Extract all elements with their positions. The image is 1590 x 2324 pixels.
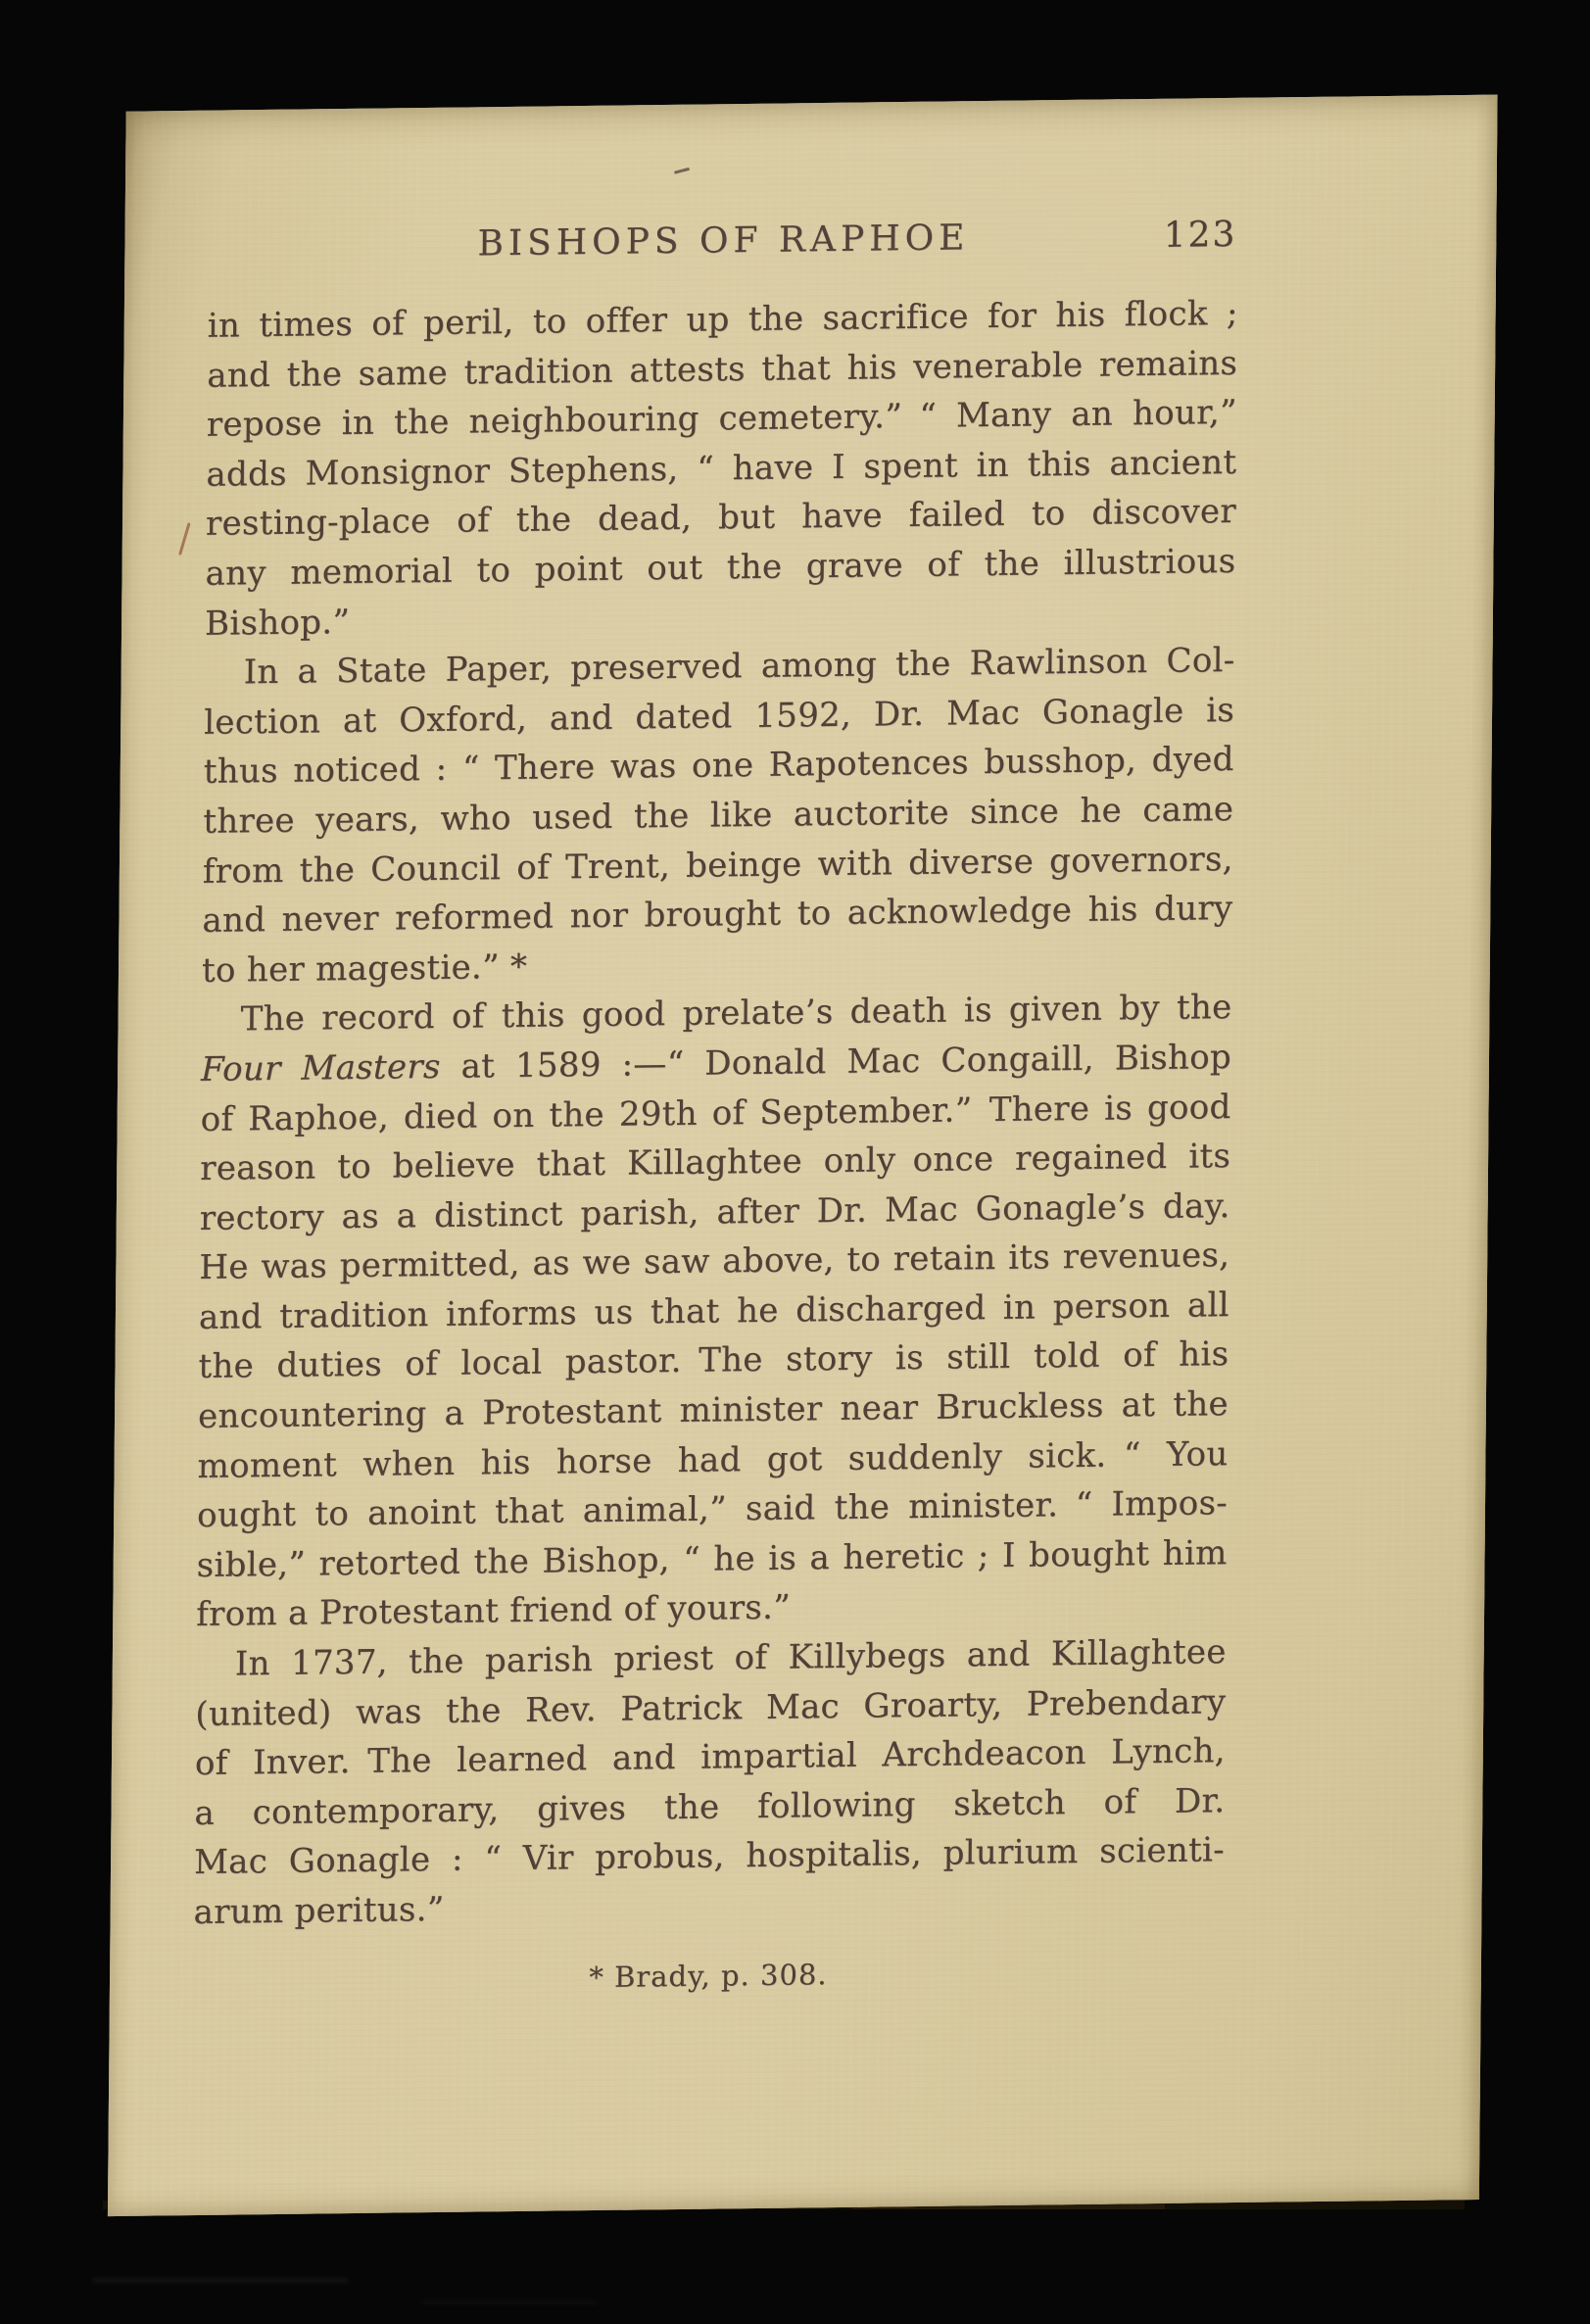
text-block: BISHOPS OF RAPHOE 123 in times of peril,… [193, 214, 1239, 1999]
paragraph: in times of peril, to offer up the sacri… [205, 289, 1238, 649]
text-segment: sible,” retorted the Bishop, “ he is a h… [197, 1533, 1228, 1585]
text-segment: Mac Gonagle : “ Vir probus, hospitalis, … [194, 1831, 1225, 1883]
scan-smudge [421, 2300, 598, 2304]
text-segment: (united) was the Rev. Patrick Mac Groart… [195, 1682, 1226, 1734]
text-segment: and the same tradition attests that his … [207, 343, 1237, 395]
scan-smudge [93, 2278, 348, 2283]
text-segment: three years, who used the like auctorite… [203, 790, 1233, 842]
text-segment: in times of peril, to offer up the sacri… [208, 294, 1238, 346]
text-segment: to her magestie.” * [202, 946, 528, 990]
scan-artifact-scratch [178, 522, 191, 556]
text-segment: from the Council of Trent, beinge with d… [203, 839, 1233, 891]
text-segment: encountering a Protestant minister near … [198, 1384, 1229, 1436]
text-segment: resting-place of the dead, but have fail… [206, 492, 1236, 544]
text-segment: from a Protestant friend of yours.” [196, 1588, 791, 1634]
body-text: in times of peril, to offer up the sacri… [193, 289, 1237, 1938]
text-segment: lection at Oxford, and dated 1592, Dr. M… [204, 691, 1234, 743]
text-segment: moment when his horse had got suddenly s… [197, 1434, 1228, 1486]
paragraph: The record of this good prelate’s death … [196, 983, 1232, 1640]
text-segment: adds Monsignor Stephens, “ have I spent … [206, 443, 1236, 495]
text-segment: thus noticed : “ There was one Rapotence… [204, 740, 1234, 792]
text-segment: reason to believe that Killaghtee only o… [200, 1137, 1230, 1188]
text-segment: rectory as a distinct parish, after Dr. … [200, 1186, 1230, 1238]
text-segment: and never reformed nor brought to acknow… [202, 889, 1232, 941]
text-segment: Bishop.” [205, 603, 350, 644]
text-segment: In a State Paper, preserved among the Ra… [243, 641, 1234, 692]
text-segment: the duties of local pastor. The story is… [198, 1335, 1229, 1387]
page-header: BISHOPS OF RAPHOE 123 [208, 214, 1238, 269]
text-segment: arum peritus.” [193, 1890, 444, 1932]
paragraph: In 1737, the parish priest of Killybegs … [193, 1627, 1227, 1937]
text-segment: of Inver. The learned and impartial Arch… [195, 1731, 1226, 1783]
book-page: BISHOPS OF RAPHOE 123 in times of peril,… [108, 95, 1498, 2216]
text-segment: at 1589 :—“ Donald Mac Congaill, Bishop [441, 1038, 1232, 1087]
text-segment: any memorial to point out the grave of t… [205, 542, 1235, 594]
text-segment: of Raphoe, died on the 29th of September… [201, 1088, 1231, 1139]
footnote: * Brady, p. 308. [193, 1953, 1224, 1999]
text-segment: repose in the neighbouring cemetery.” “ … [207, 393, 1237, 445]
page-number: 123 [1163, 214, 1236, 258]
book-scan: BISHOPS OF RAPHOE 123 in times of peril,… [0, 0, 1590, 2324]
text-segment: In 1737, the parish priest of Killybegs … [235, 1632, 1227, 1683]
text-segment: ought to anoint that animal,” said the m… [197, 1483, 1228, 1535]
italic-text: Four Masters [201, 1047, 441, 1089]
text-segment: a contemporary, gives the following sket… [194, 1781, 1225, 1833]
scan-artifact-mark [674, 168, 690, 174]
paragraph: In a State Paper, preserved among the Ra… [202, 636, 1235, 995]
text-segment: He was permitted, as we saw above, to re… [199, 1235, 1229, 1287]
text-segment: and tradition informs us that he dischar… [199, 1285, 1229, 1337]
running-title: BISHOPS OF RAPHOE [208, 214, 1238, 269]
text-segment: The record of this good prelate’s death … [240, 988, 1231, 1039]
